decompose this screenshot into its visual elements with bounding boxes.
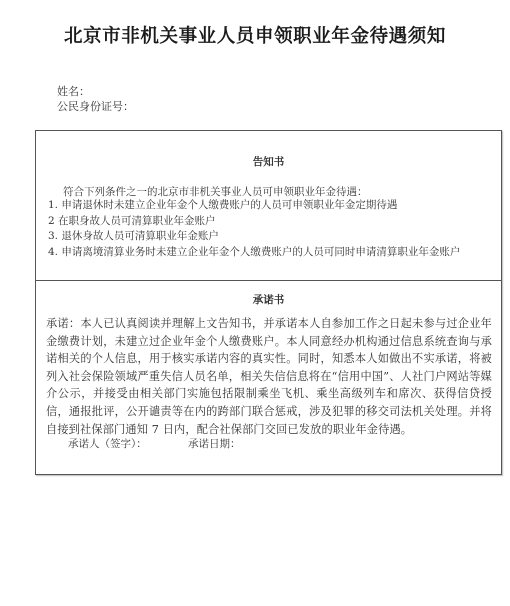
notice-condition-item: 3. 退休身故人员可清算职业年金账户 bbox=[48, 229, 460, 245]
notice-intro: 符合下列条件之一的北京市非机关事业人员可申领职业年金待遇： bbox=[63, 184, 368, 199]
notice-condition-item: 2 在职身故人员可清算职业年金账户 bbox=[48, 214, 460, 230]
section-divider bbox=[36, 280, 501, 281]
notice-title: 告知书 bbox=[36, 154, 501, 169]
form-box: 告知书 符合下列条件之一的北京市非机关事业人员可申领职业年金待遇： 1. 申请退… bbox=[35, 130, 502, 475]
id-number-field-label: 公民身份证号： bbox=[57, 98, 134, 114]
notice-condition-item: 1. 申请退休时未建立企业年金个人缴费账户的人员可申领职业年金定期待遇 bbox=[48, 198, 460, 214]
signature-row: 承诺人（签字）： 承诺日期： bbox=[68, 436, 241, 451]
notice-condition-item: 4. 申请离境清算业务时未建立企业年金个人缴费账户的人员可同时申请清算职业年金账… bbox=[48, 245, 460, 261]
name-field-label: 姓名： bbox=[57, 83, 90, 99]
document-title: 北京市非机关事业人员申领职业年金待遇须知 bbox=[0, 22, 510, 48]
commitment-date-label: 承诺日期： bbox=[188, 436, 241, 451]
commitment-body: 承诺：本人已认真阅读并理解上文告知书，并承诺本人自参加工作之日起未参与过企业年金… bbox=[46, 315, 492, 438]
signer-label: 承诺人（签字）： bbox=[68, 436, 188, 451]
notice-conditions-list: 1. 申请退休时未建立企业年金个人缴费账户的人员可申领职业年金定期待遇 2 在职… bbox=[48, 198, 460, 260]
commitment-title: 承诺书 bbox=[36, 292, 501, 307]
